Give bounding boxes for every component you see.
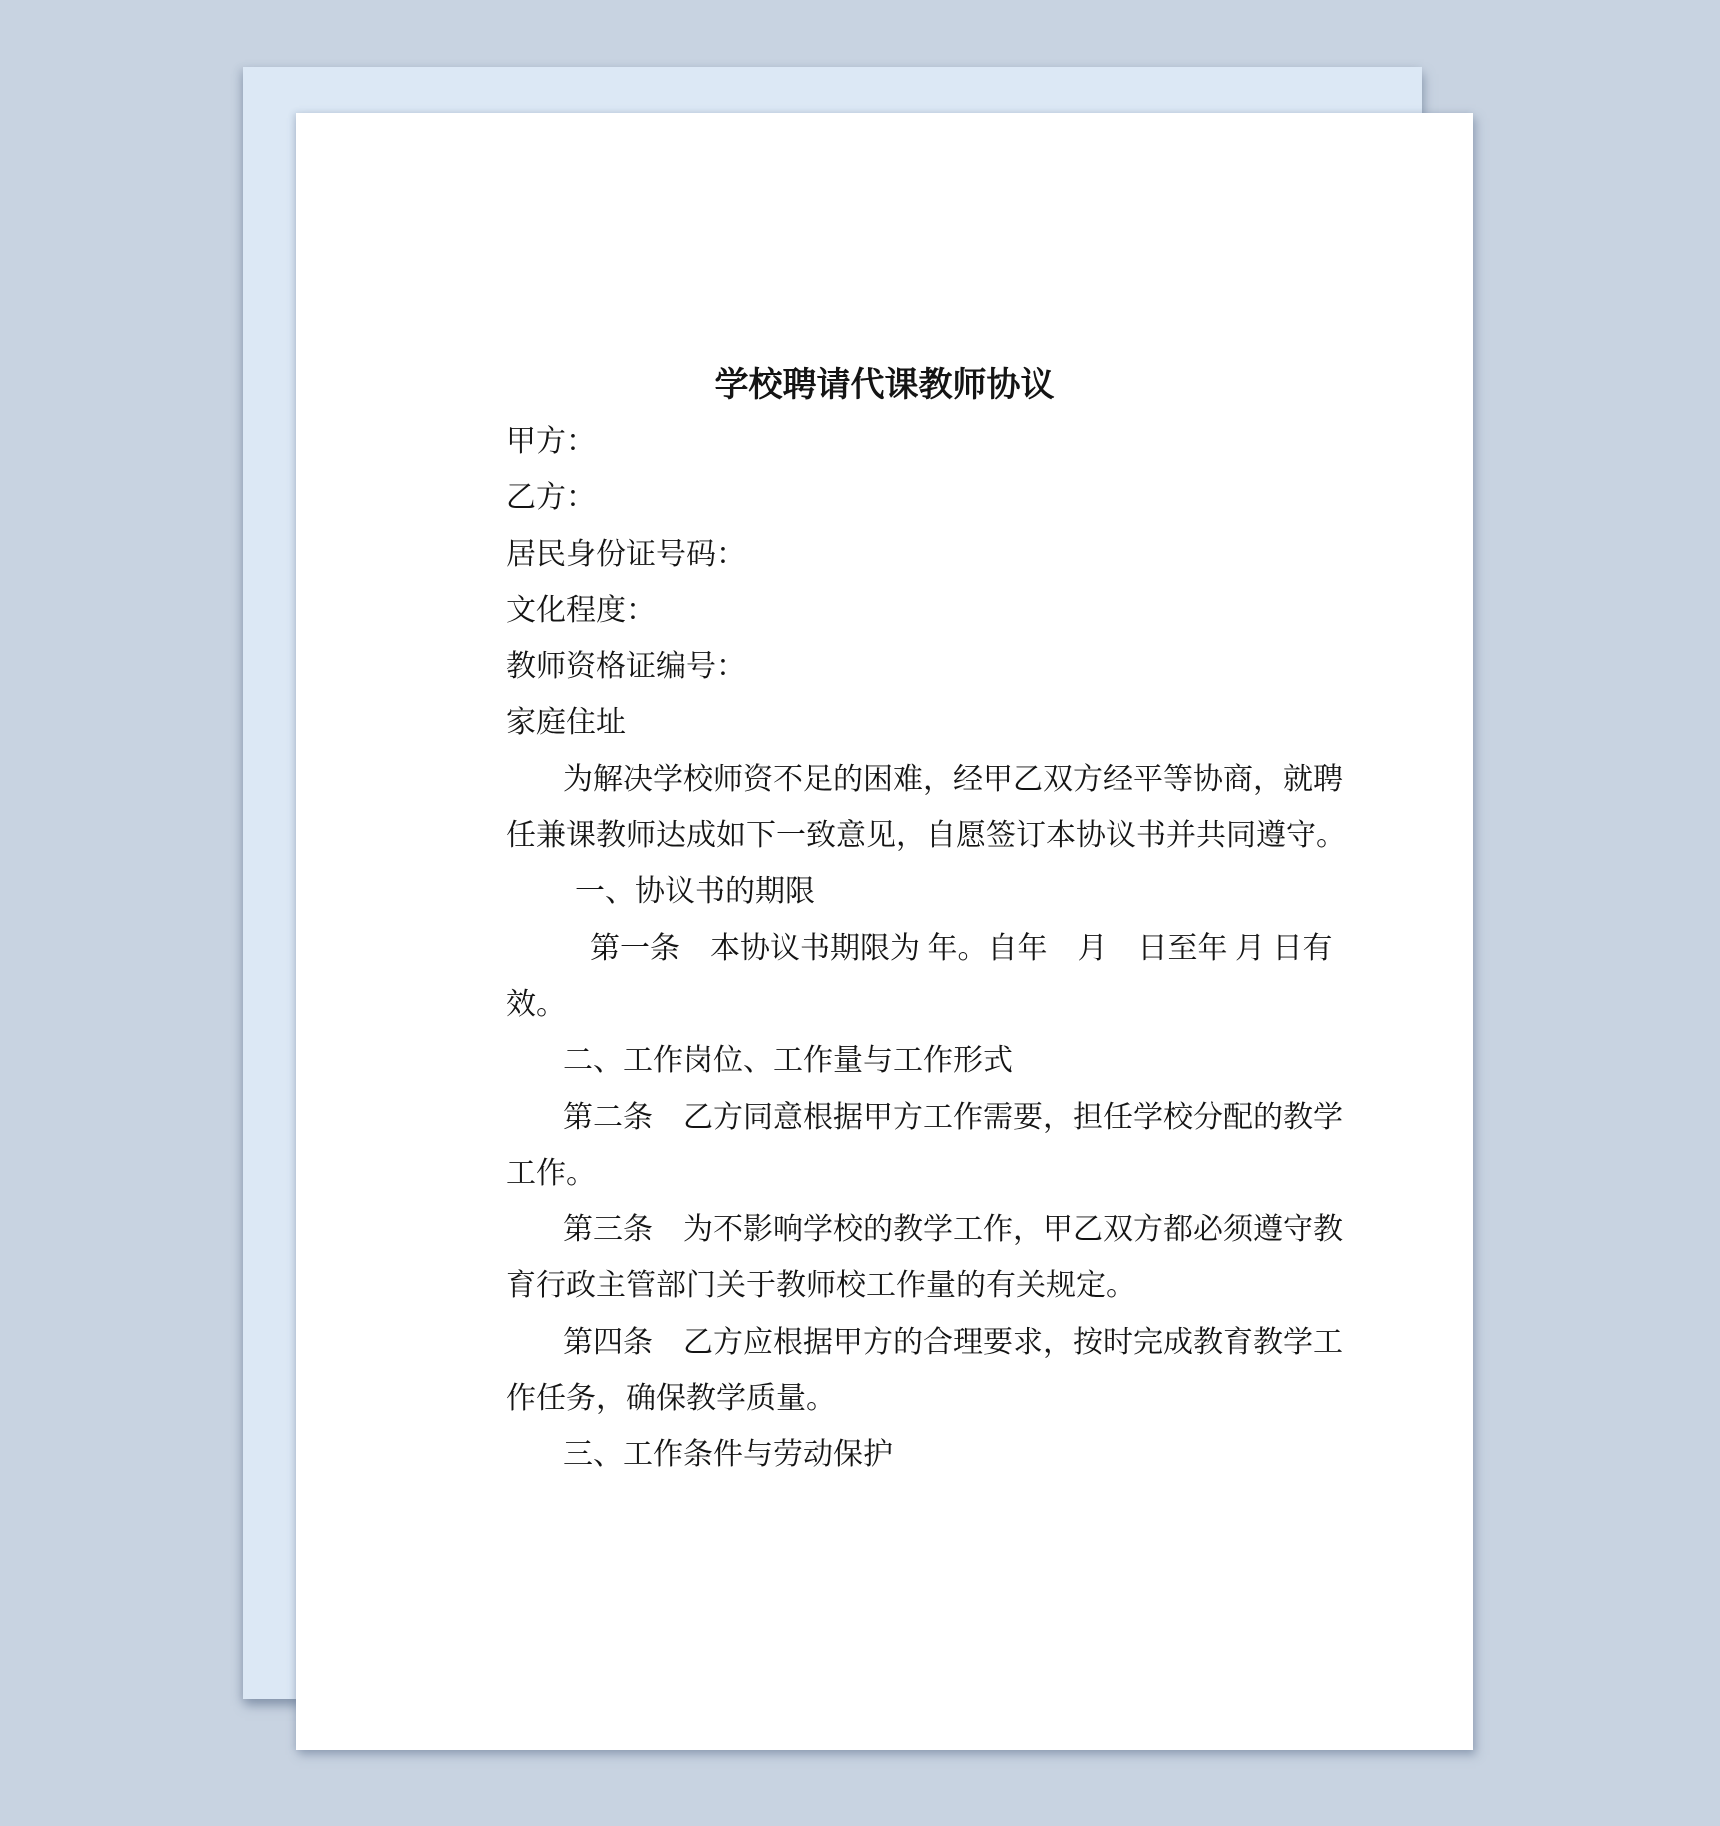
document-line: 作任务，确保教学质量。 — [506, 1371, 1345, 1427]
document-line: 文化程度： — [506, 583, 1345, 639]
desk-background: 学校聘请代课教师协议 甲方：乙方：居民身份证号码：文化程度：教师资格证编号：家庭… — [0, 0, 1720, 1826]
document-line: 甲方： — [506, 414, 1345, 470]
document-line: 第二条 乙方同意根据甲方工作需要，担任学校分配的教学 — [506, 1090, 1345, 1146]
document-line: 第三条 为不影响学校的教学工作，甲乙双方都必须遵守教 — [506, 1202, 1345, 1258]
document-line: 育行政主管部门关于教师校工作量的有关规定。 — [506, 1258, 1345, 1314]
document-line: 效。 — [506, 977, 1345, 1033]
document-page: 学校聘请代课教师协议 甲方：乙方：居民身份证号码：文化程度：教师资格证编号：家庭… — [296, 113, 1473, 1750]
document-line: 居民身份证号码： — [506, 527, 1345, 583]
document-line: 乙方： — [506, 470, 1345, 526]
document-line: 工作。 — [506, 1146, 1345, 1202]
document-line: 任兼课教师达成如下一致意见，自愿签订本协议书并共同遵守。 — [506, 808, 1345, 864]
document-line: 教师资格证编号： — [506, 639, 1345, 695]
document-line: 第四条 乙方应根据甲方的合理要求，按时完成教育教学工 — [506, 1315, 1345, 1371]
document-line: 一、协议书的期限 — [506, 864, 1345, 920]
document-title: 学校聘请代课教师协议 — [296, 358, 1473, 414]
document-line: 二、工作岗位、工作量与工作形式 — [506, 1033, 1345, 1089]
document-line: 第一条 本协议书期限为 年。自年 月 日至年 月 日有 — [506, 921, 1345, 977]
document-line: 三、工作条件与劳动保护 — [506, 1427, 1345, 1483]
document-body: 甲方：乙方：居民身份证号码：文化程度：教师资格证编号：家庭住址为解决学校师资不足… — [506, 414, 1345, 1484]
document-line: 家庭住址 — [506, 695, 1345, 751]
document-line: 为解决学校师资不足的困难，经甲乙双方经平等协商，就聘 — [506, 752, 1345, 808]
